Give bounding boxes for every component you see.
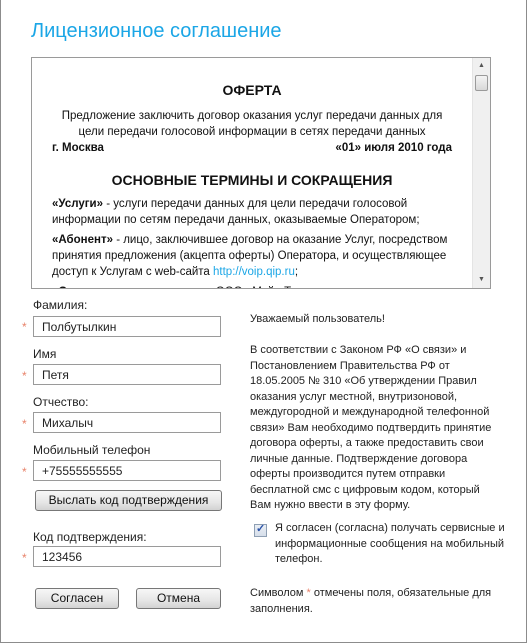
document-content: ОФЕРТА Предложение заключить договор ока… <box>32 58 472 289</box>
term-definition: - услуги передачи данных для цели переда… <box>52 198 420 226</box>
document-heading: ОФЕРТА <box>52 82 452 98</box>
last-name-input[interactable] <box>33 316 221 337</box>
cancel-button[interactable]: Отмена <box>136 588 221 609</box>
term-punct: ; <box>295 266 298 278</box>
scroll-down-arrow-icon[interactable]: ▼ <box>473 272 490 288</box>
term-name: «Оператор» <box>52 286 120 289</box>
agree-button[interactable]: Согласен <box>35 588 119 609</box>
document-preamble: Предложение заключить договор оказания у… <box>52 108 452 140</box>
city-date-row: г. Москва «01» июля 2010 года <box>52 140 452 156</box>
term-operator: «Оператор» - оператор связи ООО «Мэйл.Те… <box>52 284 452 289</box>
scroll-up-arrow-icon[interactable]: ▲ <box>473 58 490 74</box>
last-name-label: Фамилия: <box>33 298 87 312</box>
scroll-thumb[interactable] <box>475 75 488 91</box>
required-asterisk-icon: * <box>22 417 27 431</box>
term-name: «Абонент» <box>52 234 113 246</box>
code-input[interactable] <box>33 546 221 567</box>
consent-checkbox[interactable]: ✓ <box>254 524 267 537</box>
required-asterisk-icon: * <box>22 465 27 479</box>
checkmark-icon: ✓ <box>256 522 265 535</box>
info-body-text: В соответствии с Законом РФ «О связи» и … <box>250 343 502 514</box>
term-subscriber: «Абонент» - лицо, заключившее договор на… <box>52 232 452 280</box>
code-label: Код подтверждения: <box>33 530 147 544</box>
phone-input[interactable] <box>33 460 221 481</box>
required-asterisk-icon: * <box>22 551 27 565</box>
page-title: Лицензионное соглашение <box>31 20 282 43</box>
consent-label[interactable]: Я согласен (согласна) получать сервисные… <box>275 521 505 568</box>
voip-link[interactable]: http://voip.qip.ru <box>213 266 295 278</box>
license-document[interactable]: ОФЕРТА Предложение заключить договор ока… <box>31 57 491 289</box>
patronymic-label: Отчество: <box>33 395 89 409</box>
send-code-button[interactable]: Выслать код подтверждения <box>35 490 222 511</box>
section-heading: ОСНОВНЫЕ ТЕРМИНЫ И СОКРАЩЕНИЯ <box>52 172 452 188</box>
greeting-text: Уважаемый пользователь! <box>250 312 502 328</box>
document-date: «01» июля 2010 года <box>335 140 452 156</box>
document-city: г. Москва <box>52 140 104 156</box>
term-name: «Услуги» <box>52 198 103 210</box>
first-name-input[interactable] <box>33 364 221 385</box>
document-scrollbar[interactable]: ▲ ▼ <box>472 58 490 288</box>
required-asterisk-icon: * <box>22 369 27 383</box>
first-name-label: Имя <box>33 347 56 361</box>
phone-label: Мобильный телефон <box>33 443 150 457</box>
required-asterisk-icon: * <box>22 320 27 334</box>
required-note: Символом * отмечены поля, обязательные д… <box>250 586 505 617</box>
note-text: Символом <box>250 587 307 599</box>
term-services: «Услуги» - услуги передачи данных для це… <box>52 196 452 228</box>
patronymic-input[interactable] <box>33 412 221 433</box>
